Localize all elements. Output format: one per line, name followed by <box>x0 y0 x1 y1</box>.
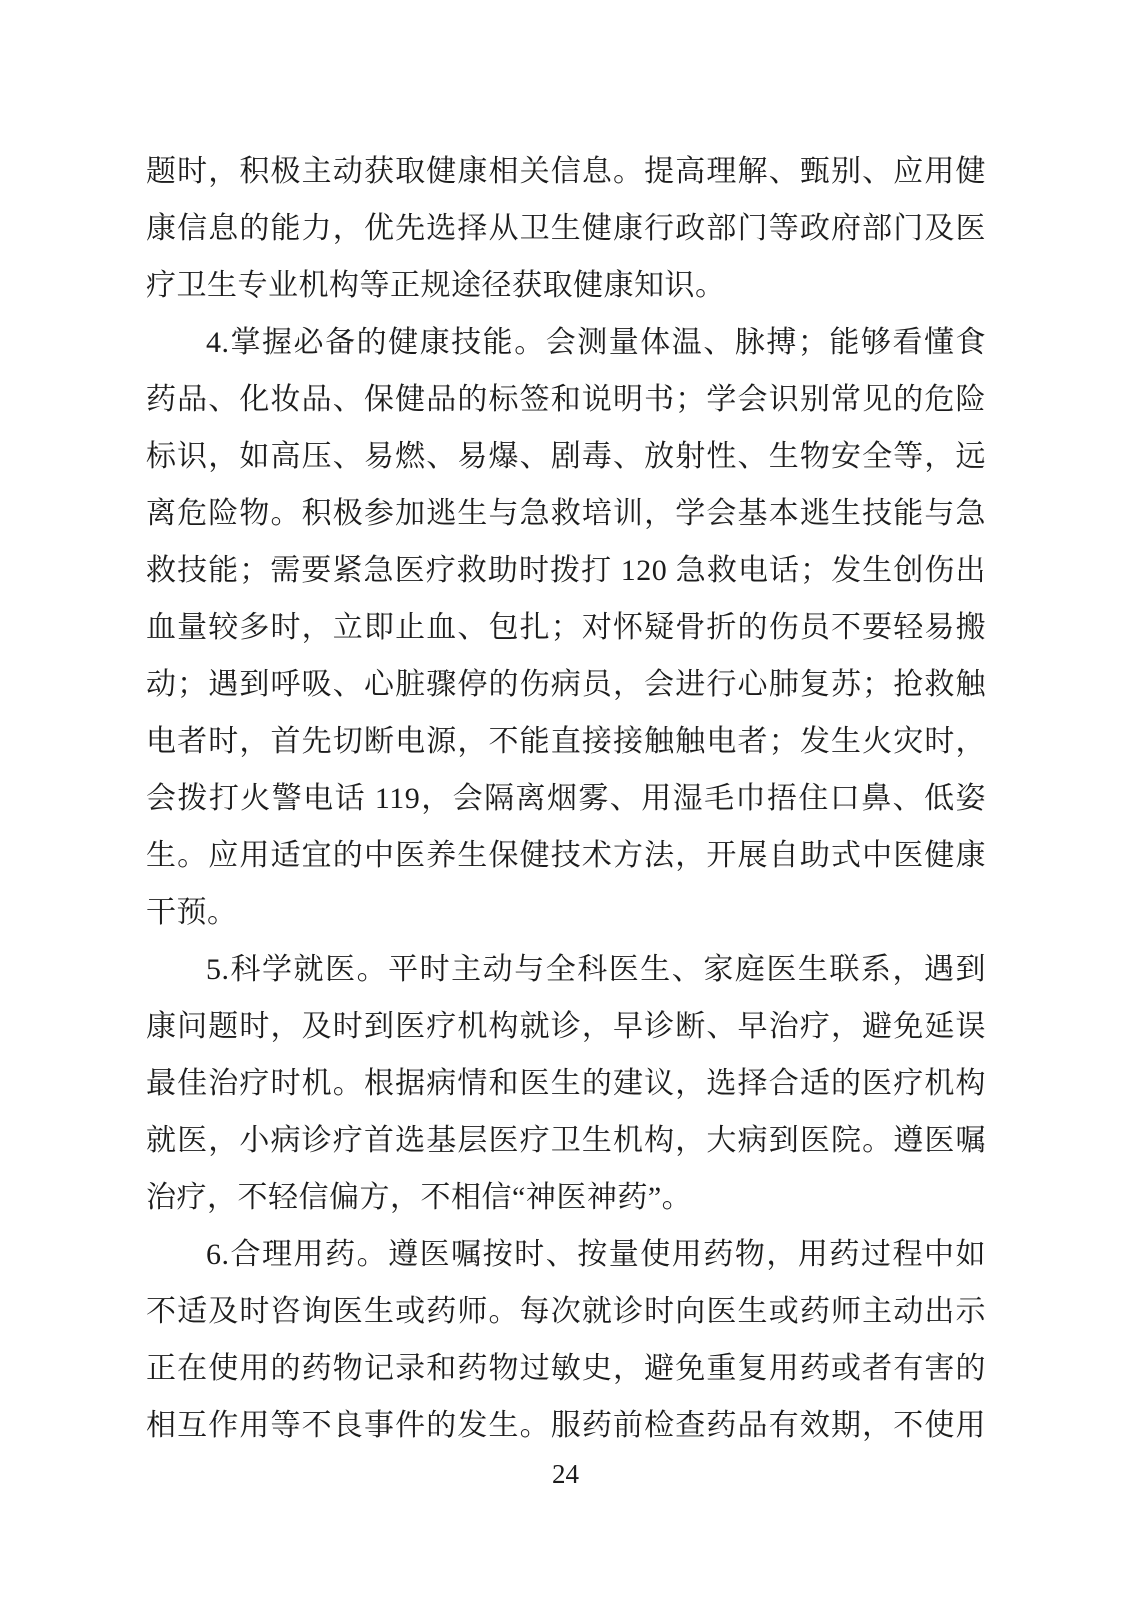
text-line: 题时，积极主动获取健康相关信息。提高理解、甄别、应用健 <box>146 143 986 200</box>
text-line: 康问题时，及时到医疗机构就诊，早诊断、早治疗，避免延误 <box>146 998 986 1055</box>
document-body: 题时，积极主动获取健康相关信息。提高理解、甄别、应用健 康信息的能力，优先选择从… <box>146 143 986 1454</box>
text-line: 标识，如高压、易燃、易爆、剧毒、放射性、生物安全等，远 <box>146 428 986 485</box>
text-line: 治疗，不轻信偏方，不相信“神医神药”。 <box>146 1169 986 1226</box>
text-line: 4.掌握必备的健康技能。会测量体温、脉搏；能够看懂食品、 <box>146 314 986 371</box>
text-line: 康信息的能力，优先选择从卫生健康行政部门等政府部门及医 <box>146 200 986 257</box>
text-line: 相互作用等不良事件的发生。服药前检查药品有效期，不使用 <box>146 1397 986 1454</box>
page-number: 24 <box>0 1448 1131 1500</box>
text-line: 血量较多时，立即止血、包扎；对怀疑骨折的伤员不要轻易搬 <box>146 599 986 656</box>
text-line: 动；遇到呼吸、心脏骤停的伤病员，会进行心肺复苏；抢救触 <box>146 656 986 713</box>
text-line: 会拨打火警电话 119，会隔离烟雾、用湿毛巾捂住口鼻、低姿逃 <box>146 770 986 827</box>
text-line: 电者时，首先切断电源，不能直接接触触电者；发生火灾时， <box>146 713 986 770</box>
text-line: 药品、化妆品、保健品的标签和说明书；学会识别常见的危险 <box>146 371 986 428</box>
text-line: 不适及时咨询医生或药师。每次就诊时向医生或药师主动出示 <box>146 1283 986 1340</box>
text-line: 救技能；需要紧急医疗救助时拨打 120 急救电话；发生创伤出 <box>146 542 986 599</box>
text-line: 离危险物。积极参加逃生与急救培训，学会基本逃生技能与急 <box>146 485 986 542</box>
text-line: 就医，小病诊疗首选基层医疗卫生机构，大病到医院。遵医嘱 <box>146 1112 986 1169</box>
text-line: 生。应用适宜的中医养生保健技术方法，开展自助式中医健康 <box>146 827 986 884</box>
text-line: 正在使用的药物记录和药物过敏史，避免重复用药或者有害的 <box>146 1340 986 1397</box>
text-line: 5.科学就医。平时主动与全科医生、家庭医生联系，遇到健 <box>146 941 986 998</box>
text-line: 干预。 <box>146 884 986 941</box>
text-line: 疗卫生专业机构等正规途径获取健康知识。 <box>146 257 986 314</box>
document-page: 题时，积极主动获取健康相关信息。提高理解、甄别、应用健 康信息的能力，优先选择从… <box>0 0 1131 1600</box>
text-line: 最佳治疗时机。根据病情和医生的建议，选择合适的医疗机构 <box>146 1055 986 1112</box>
text-line: 6.合理用药。遵医嘱按时、按量使用药物，用药过程中如有 <box>146 1226 986 1283</box>
